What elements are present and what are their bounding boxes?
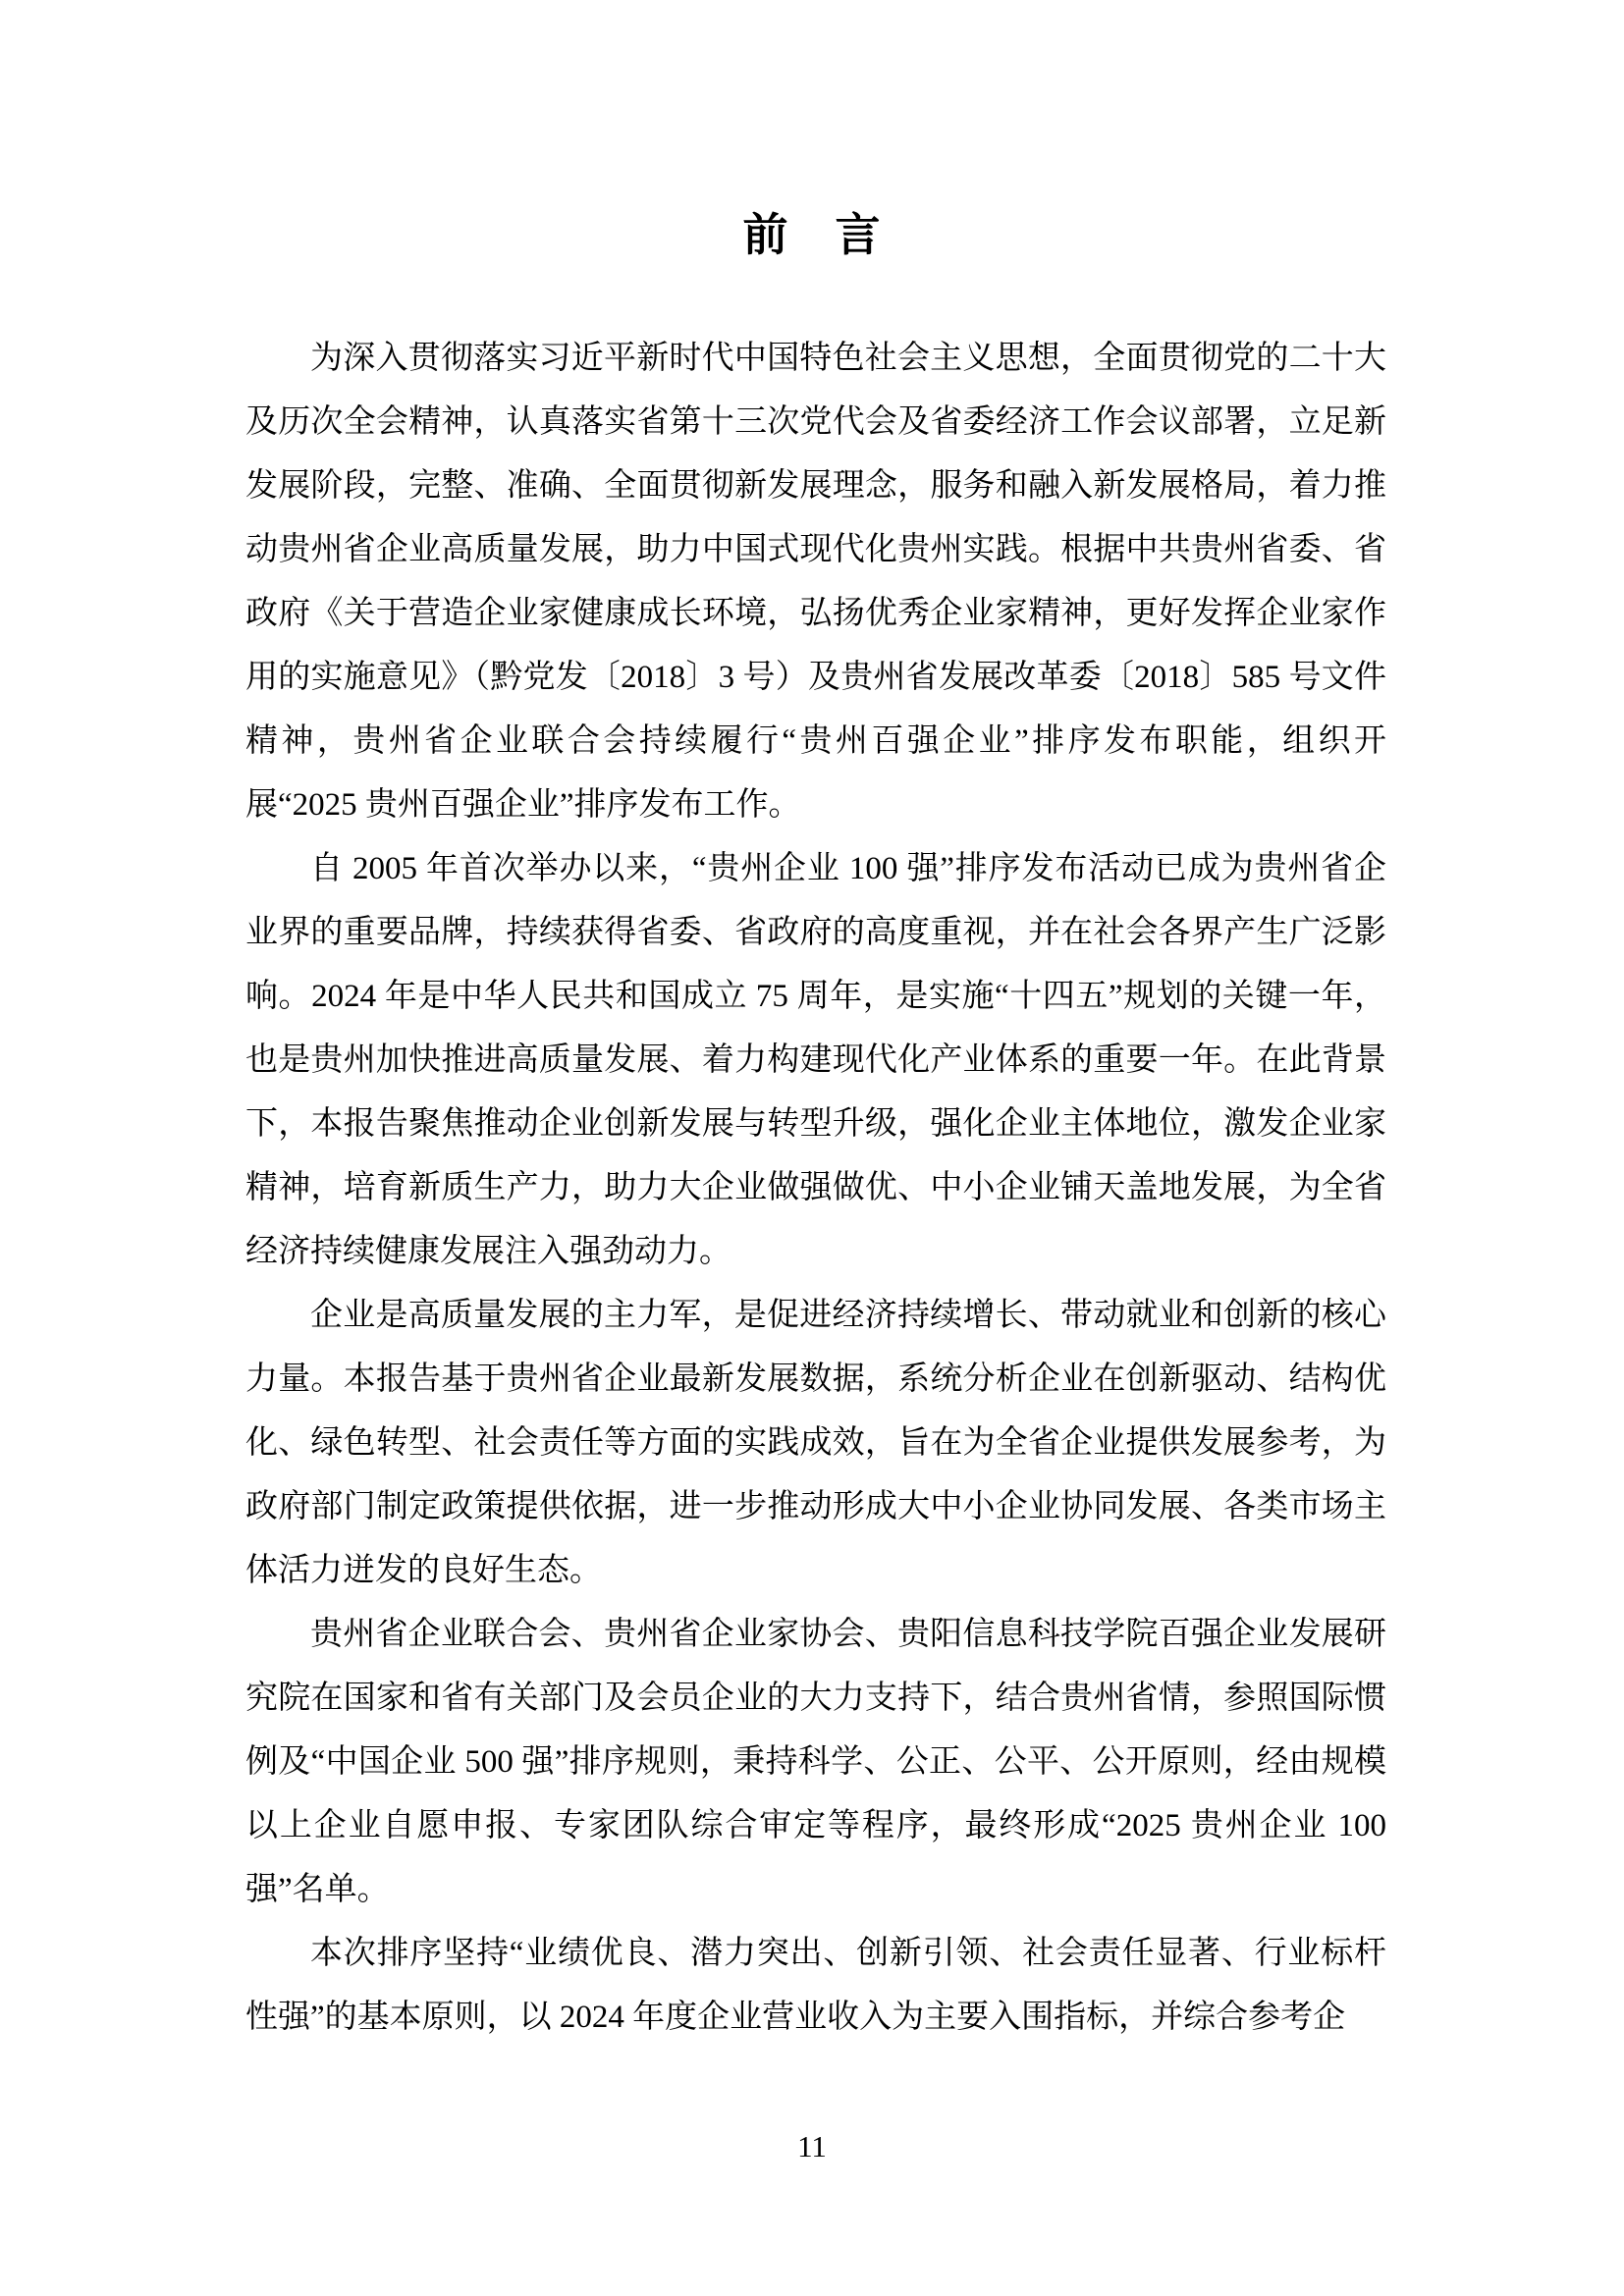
document-page: 前 言 为深入贯彻落实习近平新时代中国特色社会主义思想，全面贯彻党的二十大及历次…: [0, 0, 1624, 2296]
paragraph-3: 企业是高质量发展的主力军，是促进经济持续增长、带动就业和创新的核心力量。本报告基…: [245, 1284, 1386, 1603]
page-number: 11: [0, 2126, 1624, 2167]
paragraph-1: 为深入贯彻落实习近平新时代中国特色社会主义思想，全面贯彻党的二十大及历次全会精神…: [245, 327, 1386, 837]
paragraph-2: 自 2005 年首次举办以来，“贵州企业 100 强”排序发布活动已成为贵州省企…: [245, 837, 1386, 1284]
page-title: 前 言: [0, 208, 1624, 261]
paragraph-5: 本次排序坚持“业绩优良、潜力突出、创新引领、社会责任显著、行业标杆性强”的基本原…: [245, 1922, 1386, 2050]
paragraph-4: 贵州省企业联合会、贵州省企业家协会、贵阳信息科技学院百强企业发展研究院在国家和省…: [245, 1603, 1386, 1922]
document-body: 为深入贯彻落实习近平新时代中国特色社会主义思想，全面贯彻党的二十大及历次全会精神…: [245, 327, 1386, 2050]
